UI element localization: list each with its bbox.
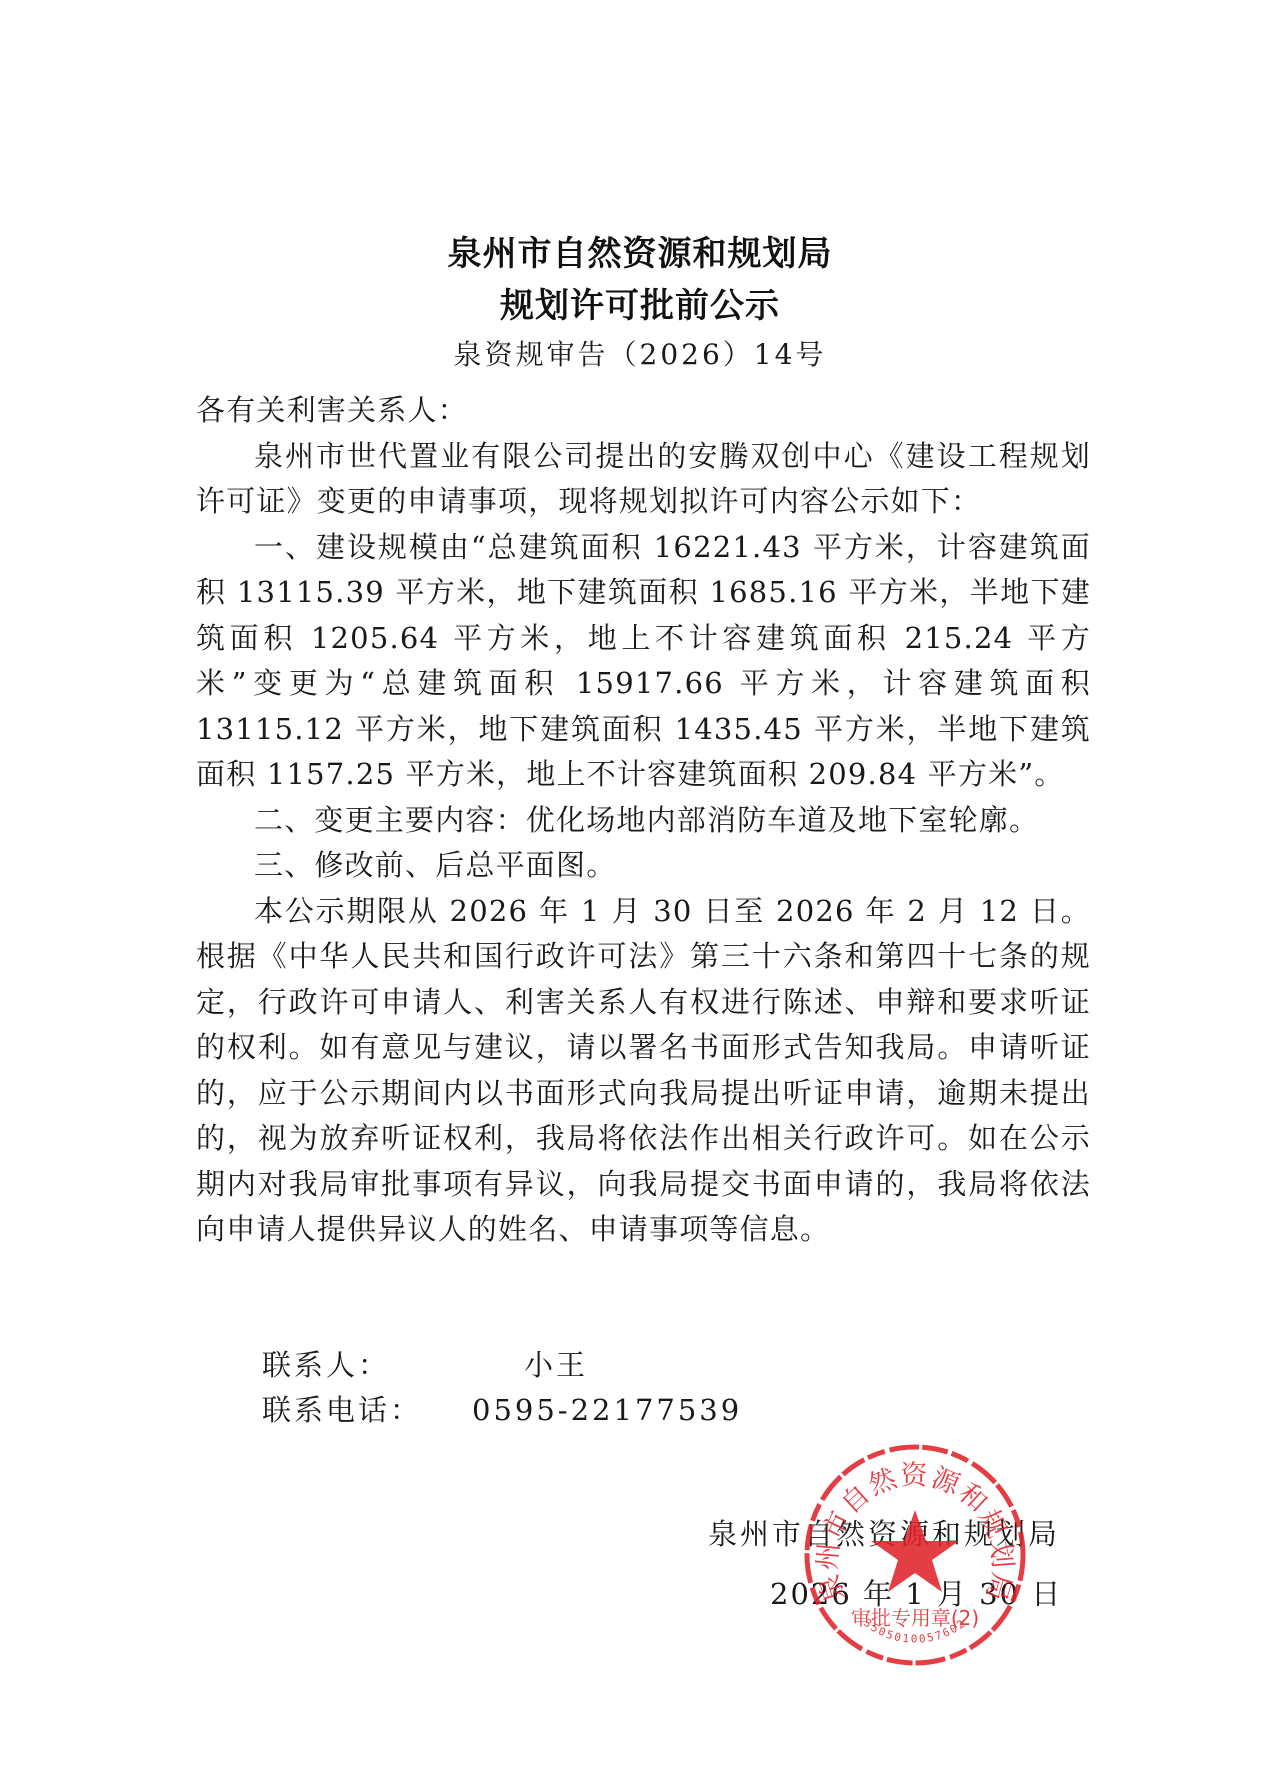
paragraph-item-2-changes: 二、变更主要内容：优化场地内部消防车道及地下室轮廓。 [196,798,1091,844]
paragraph-item-3-plans: 三、修改前、后总平面图。 [196,843,1091,889]
notice-title: 规划许可批前公示 [0,278,1280,327]
paragraph-period-and-rights: 本公示期限从 2026 年 1 月 30 日至 2026 年 2 月 12 日。… [196,889,1091,1253]
official-seal-icon: 泉州市自然资源和规划局 审批专用章(2) 3505010057602 [800,1440,1030,1670]
notice-page: 泉州市自然资源和规划局 规划许可批前公示 泉资规审告（2026）14号 各有关利… [0,0,1280,1792]
paragraph-item-1-scale: 一、建设规模由“总建筑面积 16221.43 平方米，计容建筑面积 13115.… [196,525,1091,798]
contact-phone-value: 0595-22177539 [472,1393,742,1427]
contact-person-value: 小王 [524,1348,588,1382]
notice-body: 各有关利害关系人： 泉州市世代置业有限公司提出的安腾双创中心《建设工程规划许可证… [196,388,1091,1253]
paragraph-intro: 泉州市世代置业有限公司提出的安腾双创中心《建设工程规划许可证》变更的申请事项，现… [196,434,1091,525]
salutation: 各有关利害关系人： [196,388,1091,434]
issuer-title: 泉州市自然资源和规划局 [0,226,1280,275]
contact-phone-row: 联系电话：0595-22177539 [262,1388,742,1429]
contact-person-row: 联系人：小王 [262,1343,588,1384]
document-number: 泉资规审告（2026）14号 [0,333,1280,373]
contact-person-label: 联系人： [262,1343,472,1384]
contact-phone-label: 联系电话： [262,1388,472,1429]
